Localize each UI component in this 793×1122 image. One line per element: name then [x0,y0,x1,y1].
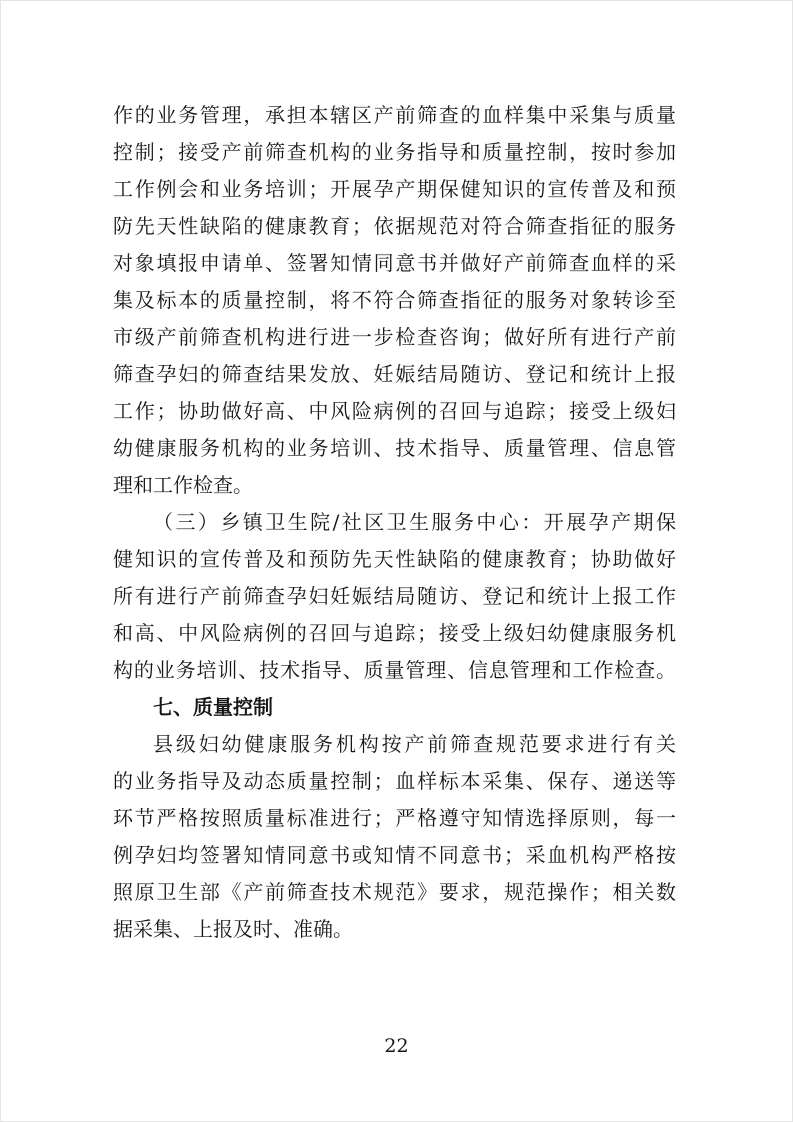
text-line: 县级妇幼健康服务机构按产前筛查规范要求进行有关 [113,726,676,763]
text-line: 健知识的宣传普及和预防先天性缺陷的健康教育；协助做好 [113,541,676,578]
text-line: 所有进行产前筛查孕妇妊娠结局随访、登记和统计上报工作 [113,578,676,615]
text-line: 环节严格按照质量标准进行；严格遵守知情选择原则，每一 [113,800,676,837]
document-body: 作的业务管理，承担本辖区产前筛查的血样集中采集与质量 控制；接受产前筛查机构的业… [113,97,676,948]
text-line: 构的业务培训、技术指导、质量管理、信息管理和工作检查。 [113,652,676,689]
section-heading-quality-control: 七、质量控制 [113,689,676,726]
text-line: 控制；接受产前筛查机构的业务指导和质量控制，按时参加 [113,134,676,171]
text-line: 幼健康服务机构的业务培训、技术指导、质量管理、信息管 [113,430,676,467]
text-line: 市级产前筛查机构进行进一步检查咨询；做好所有进行产前 [113,319,676,356]
text-line: 防先天性缺陷的健康教育；依据规范对符合筛查指征的服务 [113,208,676,245]
text-line: 据采集、上报及时、准确。 [113,911,676,948]
text-line: 筛查孕妇的筛查结果发放、妊娠结局随访、登记和统计上报 [113,356,676,393]
text-line: 集及标本的质量控制，将不符合筛查指征的服务对象转诊至 [113,282,676,319]
document-page: { "page": { "number": "22", "background"… [0,0,793,1122]
text-line: 照原卫生部《产前筛查技术规范》要求，规范操作；相关数 [113,874,676,911]
text-line: 作的业务管理，承担本辖区产前筛查的血样集中采集与质量 [113,97,676,134]
text-line: 工作；协助做好高、中风险病例的召回与追踪；接受上级妇 [113,393,676,430]
text-line: （三）乡镇卫生院/社区卫生服务中心：开展孕产期保 [113,504,676,541]
text-line: 的业务指导及动态质量控制；血样标本采集、保存、递送等 [113,763,676,800]
text-line: 例孕妇均签署知情同意书或知情不同意书；采血机构严格按 [113,837,676,874]
text-line: 工作例会和业务培训；开展孕产期保健知识的宣传普及和预 [113,171,676,208]
text-line: 和高、中风险病例的召回与追踪；接受上级妇幼健康服务机 [113,615,676,652]
text-line: 理和工作检查。 [113,467,676,504]
page-number: 22 [0,1034,793,1058]
text-line: 对象填报申请单、签署知情同意书并做好产前筛查血样的采 [113,245,676,282]
